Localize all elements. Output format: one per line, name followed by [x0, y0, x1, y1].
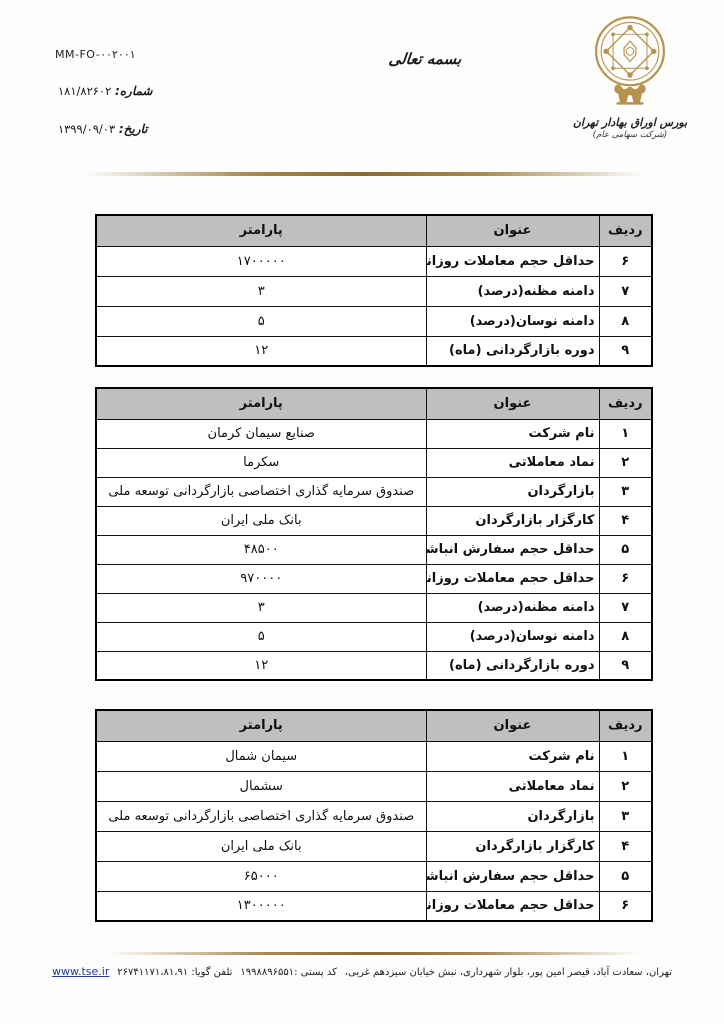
website-link[interactable]: www.tse.ir: [52, 965, 109, 978]
table-row: ۲ نماد معاملاتی سشمال: [96, 771, 652, 801]
row-number: ۹: [599, 651, 652, 680]
form-code: MM-FO-۰۰۲۰۰۱: [55, 48, 136, 61]
table-row: ۷ دامنه مظنه(درصد) ۳: [96, 276, 652, 306]
table-row: ۱ نام شرکت سیمان شمال: [96, 741, 652, 771]
row-title: حداقل حجم معاملات روزانه: [426, 564, 599, 593]
footer-postal: کد پستی :۱۹۹۸۸۹۶۵۵۱: [240, 967, 337, 978]
phone-value: ۲۶۷۴۱۱۷۱،۸۱،۹۱: [117, 967, 188, 978]
header-divider: [85, 172, 645, 176]
row-param: صنایع سیمان کرمان: [96, 419, 426, 448]
row-title: دامنه مظنه(درصد): [426, 276, 599, 306]
row-number: ۳: [599, 801, 652, 831]
row-param: ۵: [96, 622, 426, 651]
row-title: دامنه مظنه(درصد): [426, 593, 599, 622]
row-number: ۳: [599, 477, 652, 506]
table-row: ۵ حداقل حجم سفارش انباشته ۴۸۵۰۰: [96, 535, 652, 564]
row-param: سشمال: [96, 771, 426, 801]
row-title: دوره بازارگردانی (ماه): [426, 651, 599, 680]
table-row: ۹ دوره بازارگردانی (ماه) ۱۲: [96, 336, 652, 366]
document-number-line: شماره: ۱۸۱/۸۲۶۰۲: [58, 84, 168, 98]
row-number: ۴: [599, 506, 652, 535]
table-row: ۳ بازارگردان صندوق سرمایه گذاری اختصاصی …: [96, 477, 652, 506]
table-row: ۶ حداقل حجم معاملات روزانه ۱۳۰۰۰۰۰: [96, 891, 652, 921]
date-value: ۱۳۹۹/۰۹/۰۳: [58, 122, 115, 136]
table-row: ۳ بازارگردان صندوق سرمایه گذاری اختصاصی …: [96, 801, 652, 831]
row-title: حداقل حجم معاملات روزانه: [426, 891, 599, 921]
phone-label: تلفن گویا:: [191, 967, 232, 978]
row-number: ۷: [599, 276, 652, 306]
row-title: دامنه نوسان(درصد): [426, 306, 599, 336]
row-param: بانک ملی ایران: [96, 831, 426, 861]
number-value: ۱۸۱/۸۲۶۰۲: [58, 84, 111, 98]
postal-value: ۱۹۹۸۸۹۶۵۵۱: [240, 967, 294, 978]
row-param: ۵: [96, 306, 426, 336]
col-header-title: عنوان: [426, 215, 599, 246]
row-title: کارگزار بازارگردان: [426, 831, 599, 861]
row-param: صندوق سرمایه گذاری اختصاصی بازارگردانی ت…: [96, 477, 426, 506]
row-number: ۵: [599, 535, 652, 564]
table-row: ۱ نام شرکت صنایع سیمان کرمان: [96, 419, 652, 448]
table-row: ۹ دوره بازارگردانی (ماه) ۱۲: [96, 651, 652, 680]
row-param: ۶۵۰۰۰: [96, 861, 426, 891]
footer: تهران، سعادت آباد، قیصر امین پور، بلوار …: [52, 965, 672, 978]
row-title: بازارگردان: [426, 477, 599, 506]
col-header-row-number: ردیف: [599, 388, 652, 419]
footer-address: تهران، سعادت آباد، قیصر امین پور، بلوار …: [345, 967, 672, 978]
footer-divider: [108, 952, 640, 955]
row-param: ۳: [96, 276, 426, 306]
col-header-title: عنوان: [426, 710, 599, 741]
row-title: حداقل حجم سفارش انباشته: [426, 535, 599, 564]
row-param: ۴۸۵۰۰: [96, 535, 426, 564]
row-number: ۸: [599, 306, 652, 336]
col-header-row-number: ردیف: [599, 215, 652, 246]
row-title: حداقل حجم سفارش انباشته: [426, 861, 599, 891]
tse-logo: بورس اوراق بهادار تهران (شرکت سهامی عام): [572, 14, 688, 140]
row-number: ۸: [599, 622, 652, 651]
row-param: ۹۷۰۰۰۰: [96, 564, 426, 593]
row-param: ۱۳۰۰۰۰۰: [96, 891, 426, 921]
row-number: ۶: [599, 891, 652, 921]
document-page: MM-FO-۰۰۲۰۰۱ شماره: ۱۸۱/۸۲۶۰۲ تاریخ: ۱۳۹…: [0, 0, 724, 1024]
col-header-row-number: ردیف: [599, 710, 652, 741]
row-title: نام شرکت: [426, 419, 599, 448]
row-param: ۱۲: [96, 651, 426, 680]
document-date-line: تاریخ: ۱۳۹۹/۰۹/۰۳: [58, 122, 168, 136]
row-number: ۱: [599, 741, 652, 771]
org-name: بورس اوراق بهادار تهران: [572, 116, 688, 129]
parameters-table-1: ردیف عنوان پارامتر ۶ حداقل حجم معاملات ر…: [95, 214, 653, 367]
bismillah-text: بسمه تعالی: [344, 50, 506, 68]
row-number: ۵: [599, 861, 652, 891]
table-row: ۲ نماد معاملاتی سکرما: [96, 448, 652, 477]
tse-emblem-icon: [572, 14, 688, 114]
row-title: نماد معاملاتی: [426, 448, 599, 477]
parameters-table-2: ردیف عنوان پارامتر ۱ نام شرکت صنایع سیما…: [95, 387, 653, 681]
row-number: ۷: [599, 593, 652, 622]
table-header-row: ردیف عنوان پارامتر: [96, 388, 652, 419]
row-title: دامنه نوسان(درصد): [426, 622, 599, 651]
number-label: شماره:: [115, 84, 153, 98]
row-param: سکرما: [96, 448, 426, 477]
table-row: ۷ دامنه مظنه(درصد) ۳: [96, 593, 652, 622]
postal-label: کد پستی :: [294, 967, 337, 978]
row-title: نماد معاملاتی: [426, 771, 599, 801]
table-row: ۶ حداقل حجم معاملات روزانه ۹۷۰۰۰۰: [96, 564, 652, 593]
row-number: ۶: [599, 564, 652, 593]
footer-phone: تلفن گویا: ۲۶۷۴۱۱۷۱،۸۱،۹۱: [117, 967, 232, 978]
row-param: ۱۲: [96, 336, 426, 366]
table-row: ۸ دامنه نوسان(درصد) ۵: [96, 622, 652, 651]
date-label: تاریخ:: [119, 122, 148, 136]
row-param: سیمان شمال: [96, 741, 426, 771]
col-header-title: عنوان: [426, 388, 599, 419]
parameters-table-3: ردیف عنوان پارامتر ۱ نام شرکت سیمان شمال…: [95, 709, 653, 922]
row-param: ۳: [96, 593, 426, 622]
table-row: ۸ دامنه نوسان(درصد) ۵: [96, 306, 652, 336]
row-title: نام شرکت: [426, 741, 599, 771]
row-title: دوره بازارگردانی (ماه): [426, 336, 599, 366]
row-title: کارگزار بازارگردان: [426, 506, 599, 535]
org-subtitle: (شرکت سهامی عام): [572, 130, 688, 140]
table-row: ۴ کارگزار بازارگردان بانک ملی ایران: [96, 831, 652, 861]
row-title: حداقل حجم معاملات روزانه: [426, 246, 599, 276]
row-number: ۶: [599, 246, 652, 276]
col-header-param: پارامتر: [96, 215, 426, 246]
row-title: بازارگردان: [426, 801, 599, 831]
row-param: ۱۷۰۰۰۰۰: [96, 246, 426, 276]
col-header-param: پارامتر: [96, 710, 426, 741]
row-param: بانک ملی ایران: [96, 506, 426, 535]
row-number: ۱: [599, 419, 652, 448]
row-param: صندوق سرمایه گذاری اختصاصی بازارگردانی ت…: [96, 801, 426, 831]
col-header-param: پارامتر: [96, 388, 426, 419]
row-number: ۲: [599, 448, 652, 477]
table-header-row: ردیف عنوان پارامتر: [96, 710, 652, 741]
table-row: ۵ حداقل حجم سفارش انباشته ۶۵۰۰۰: [96, 861, 652, 891]
table-row: ۴ کارگزار بازارگردان بانک ملی ایران: [96, 506, 652, 535]
row-number: ۹: [599, 336, 652, 366]
table-header-row: ردیف عنوان پارامتر: [96, 215, 652, 246]
table-row: ۶ حداقل حجم معاملات روزانه ۱۷۰۰۰۰۰: [96, 246, 652, 276]
row-number: ۲: [599, 771, 652, 801]
row-number: ۴: [599, 831, 652, 861]
